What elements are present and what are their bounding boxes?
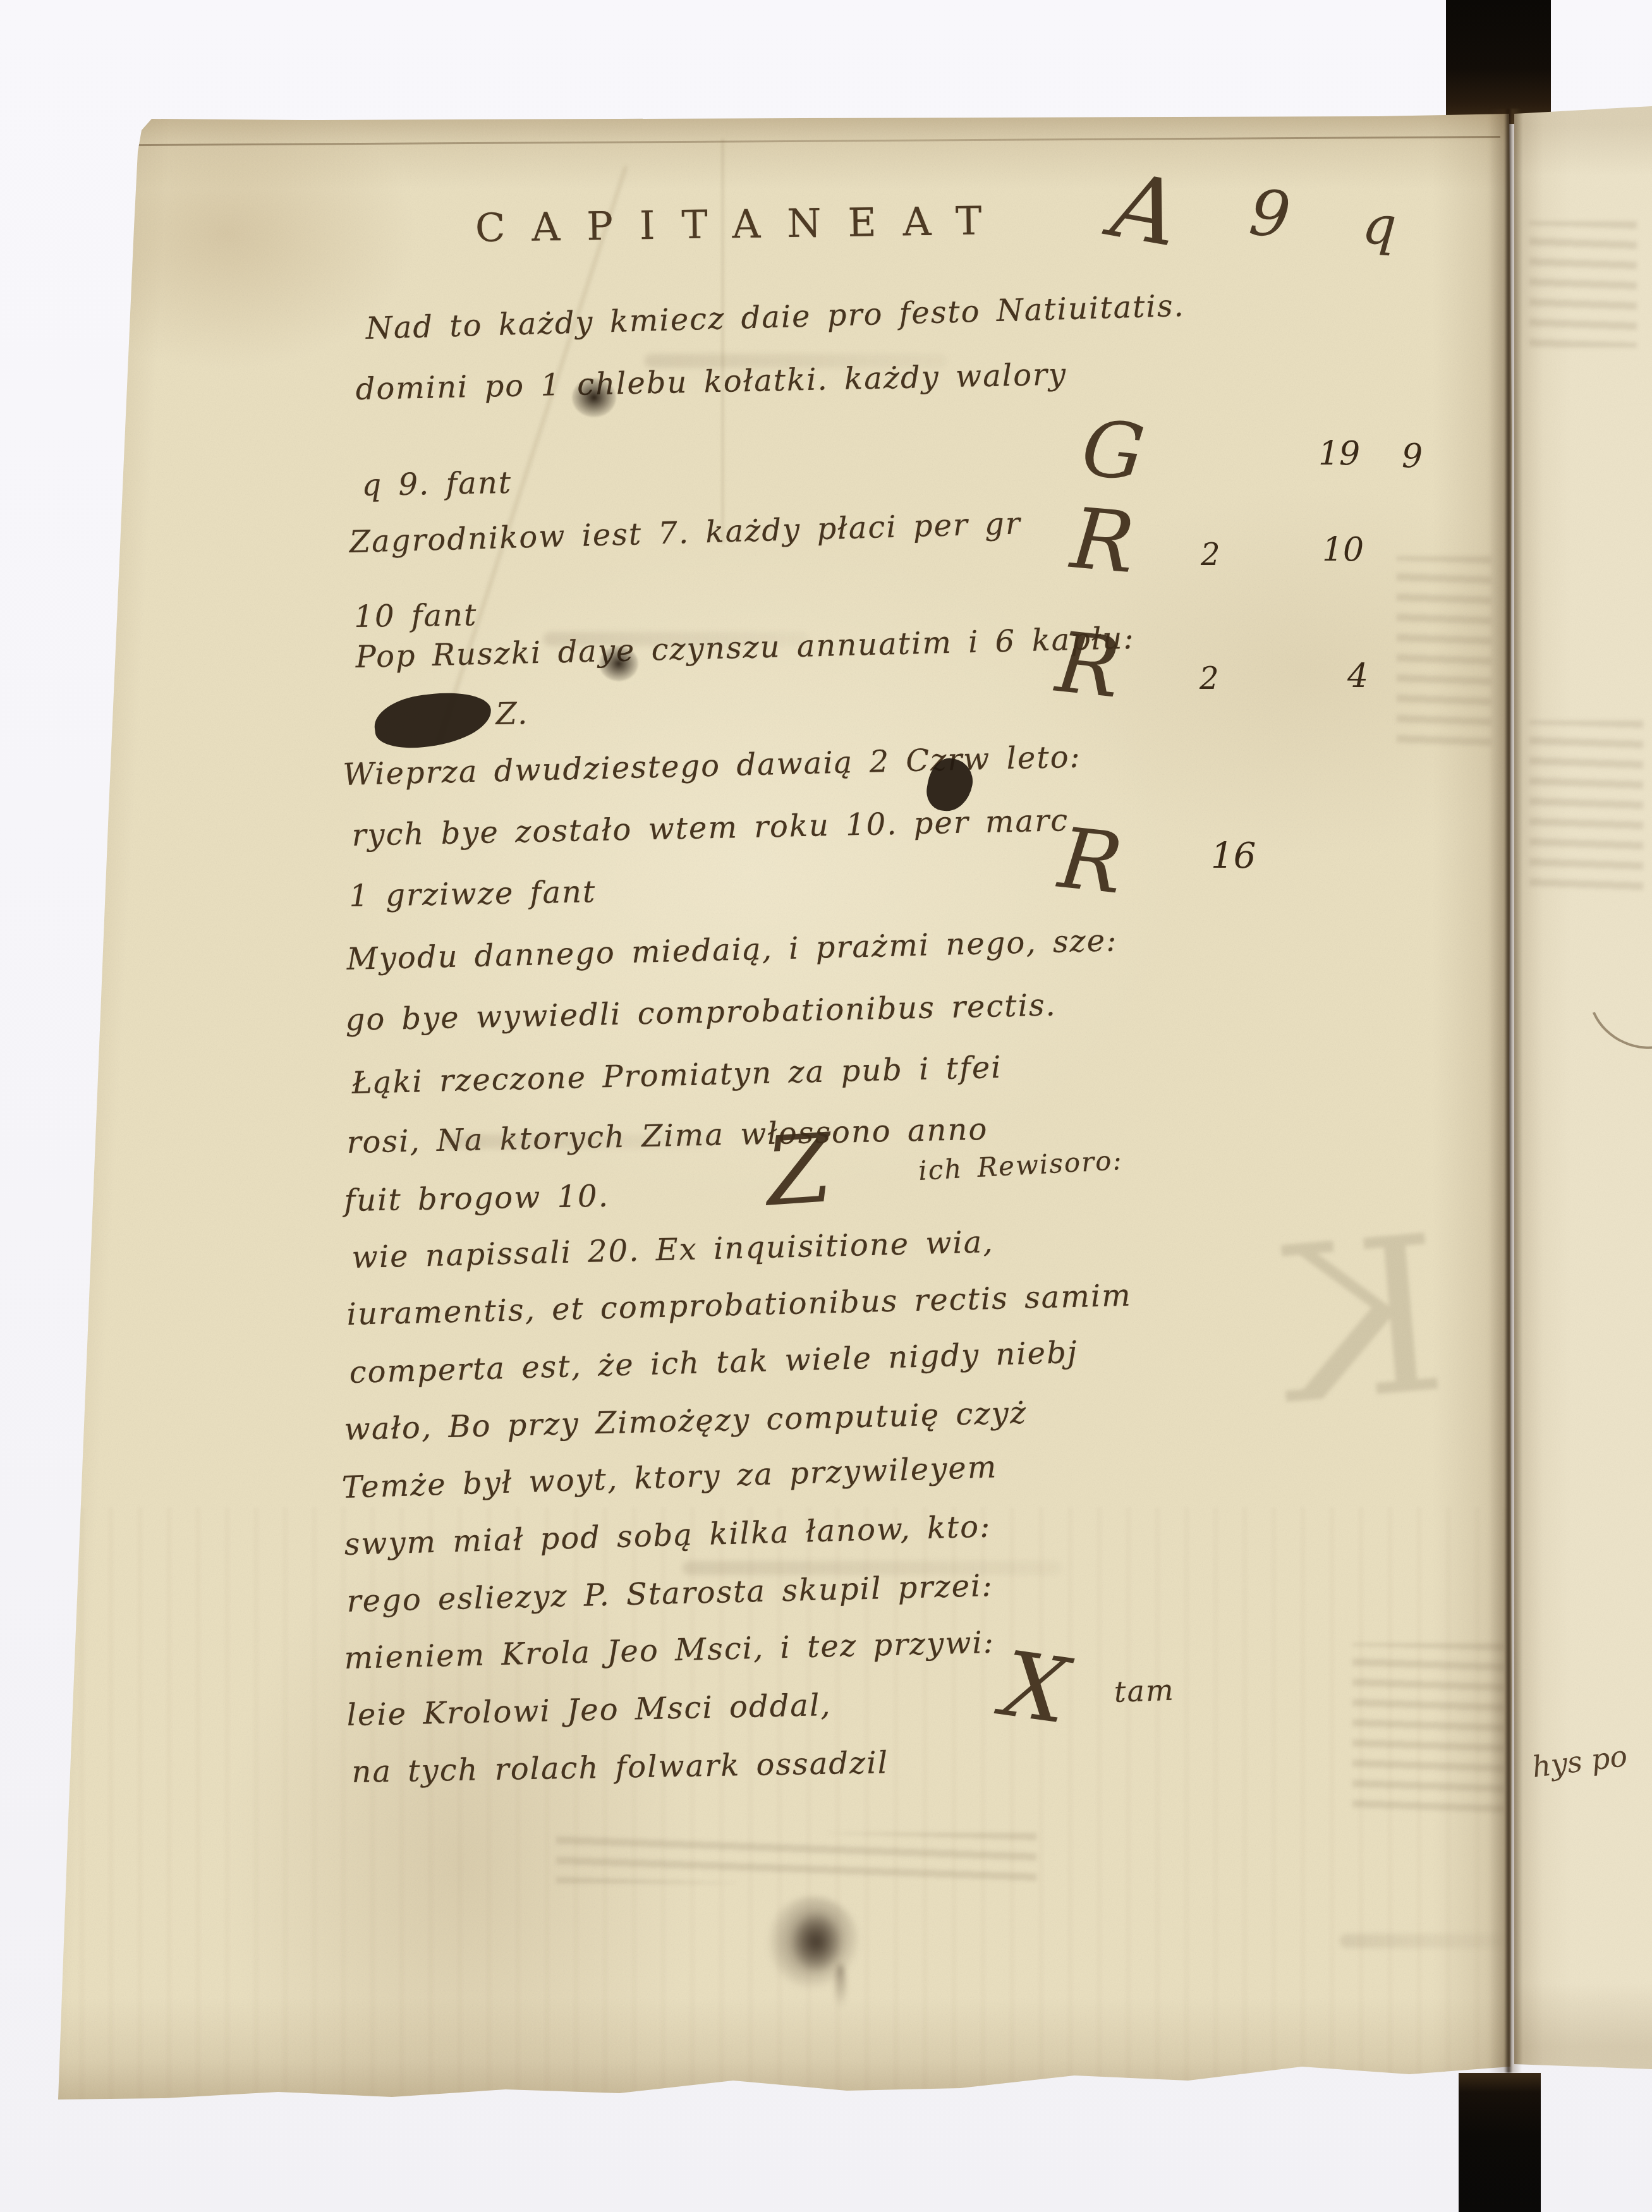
amount-value: 19 — [1318, 435, 1360, 473]
amount-flourish: R — [1054, 629, 1123, 702]
manuscript-page — [51, 114, 1514, 2105]
show-through-mark — [645, 354, 948, 368]
amount-value: 16 — [1211, 836, 1256, 877]
amount-value: 2 — [1200, 661, 1219, 696]
binding-strap-bottom — [1459, 2073, 1541, 2212]
page-title: CAPITANEAT — [475, 197, 1009, 251]
binding-strap-top — [1446, 0, 1551, 124]
text-line: q 9. fant — [361, 465, 513, 503]
scanned-manuscript: { "palette":{"scan_background":"#f5f4f8"… — [0, 0, 1652, 2212]
amount-flourish: G — [1079, 417, 1147, 485]
text-line: Z. — [495, 696, 529, 732]
amount-value: 2 — [1201, 537, 1220, 573]
inline-flourish: Z — [763, 1131, 834, 1211]
show-through-mark — [1340, 1934, 1504, 1948]
text-line: fuit brogow 10. — [344, 1179, 609, 1218]
amount-flourish: R — [1056, 825, 1126, 898]
show-through-mark — [1352, 1643, 1504, 1820]
amount-value: 4 — [1347, 657, 1368, 695]
vertical-crease — [722, 139, 724, 544]
show-through-mark — [683, 1561, 1062, 1575]
text-line: 1 grziwze fant — [349, 874, 597, 914]
title-flourish-q: q — [1361, 204, 1397, 248]
show-through-mark — [442, 1134, 714, 1148]
amount-value: 10 — [1322, 531, 1364, 569]
ink-blot — [599, 646, 638, 681]
show-through-mark — [556, 1833, 1036, 1883]
ink-stain — [791, 1912, 842, 1972]
show-through-mark — [1529, 720, 1643, 897]
amount-flourish: R — [1069, 506, 1137, 578]
title-flourish-swash: A — [1107, 169, 1184, 252]
show-through-letter: K — [1274, 1207, 1453, 1435]
show-through-mark — [1529, 221, 1637, 348]
show-through-mark — [1397, 556, 1491, 746]
inline-flourish: X — [999, 1648, 1072, 1729]
ink-stain-drip — [835, 1964, 846, 2008]
ink-blot — [572, 378, 616, 417]
show-through-mark — [544, 632, 809, 646]
side-word: tam — [1114, 1673, 1175, 1709]
title-flourish-nine: 9 — [1248, 187, 1293, 241]
text-line: 10 fant — [354, 597, 478, 635]
amount-value: 9 — [1402, 437, 1423, 475]
